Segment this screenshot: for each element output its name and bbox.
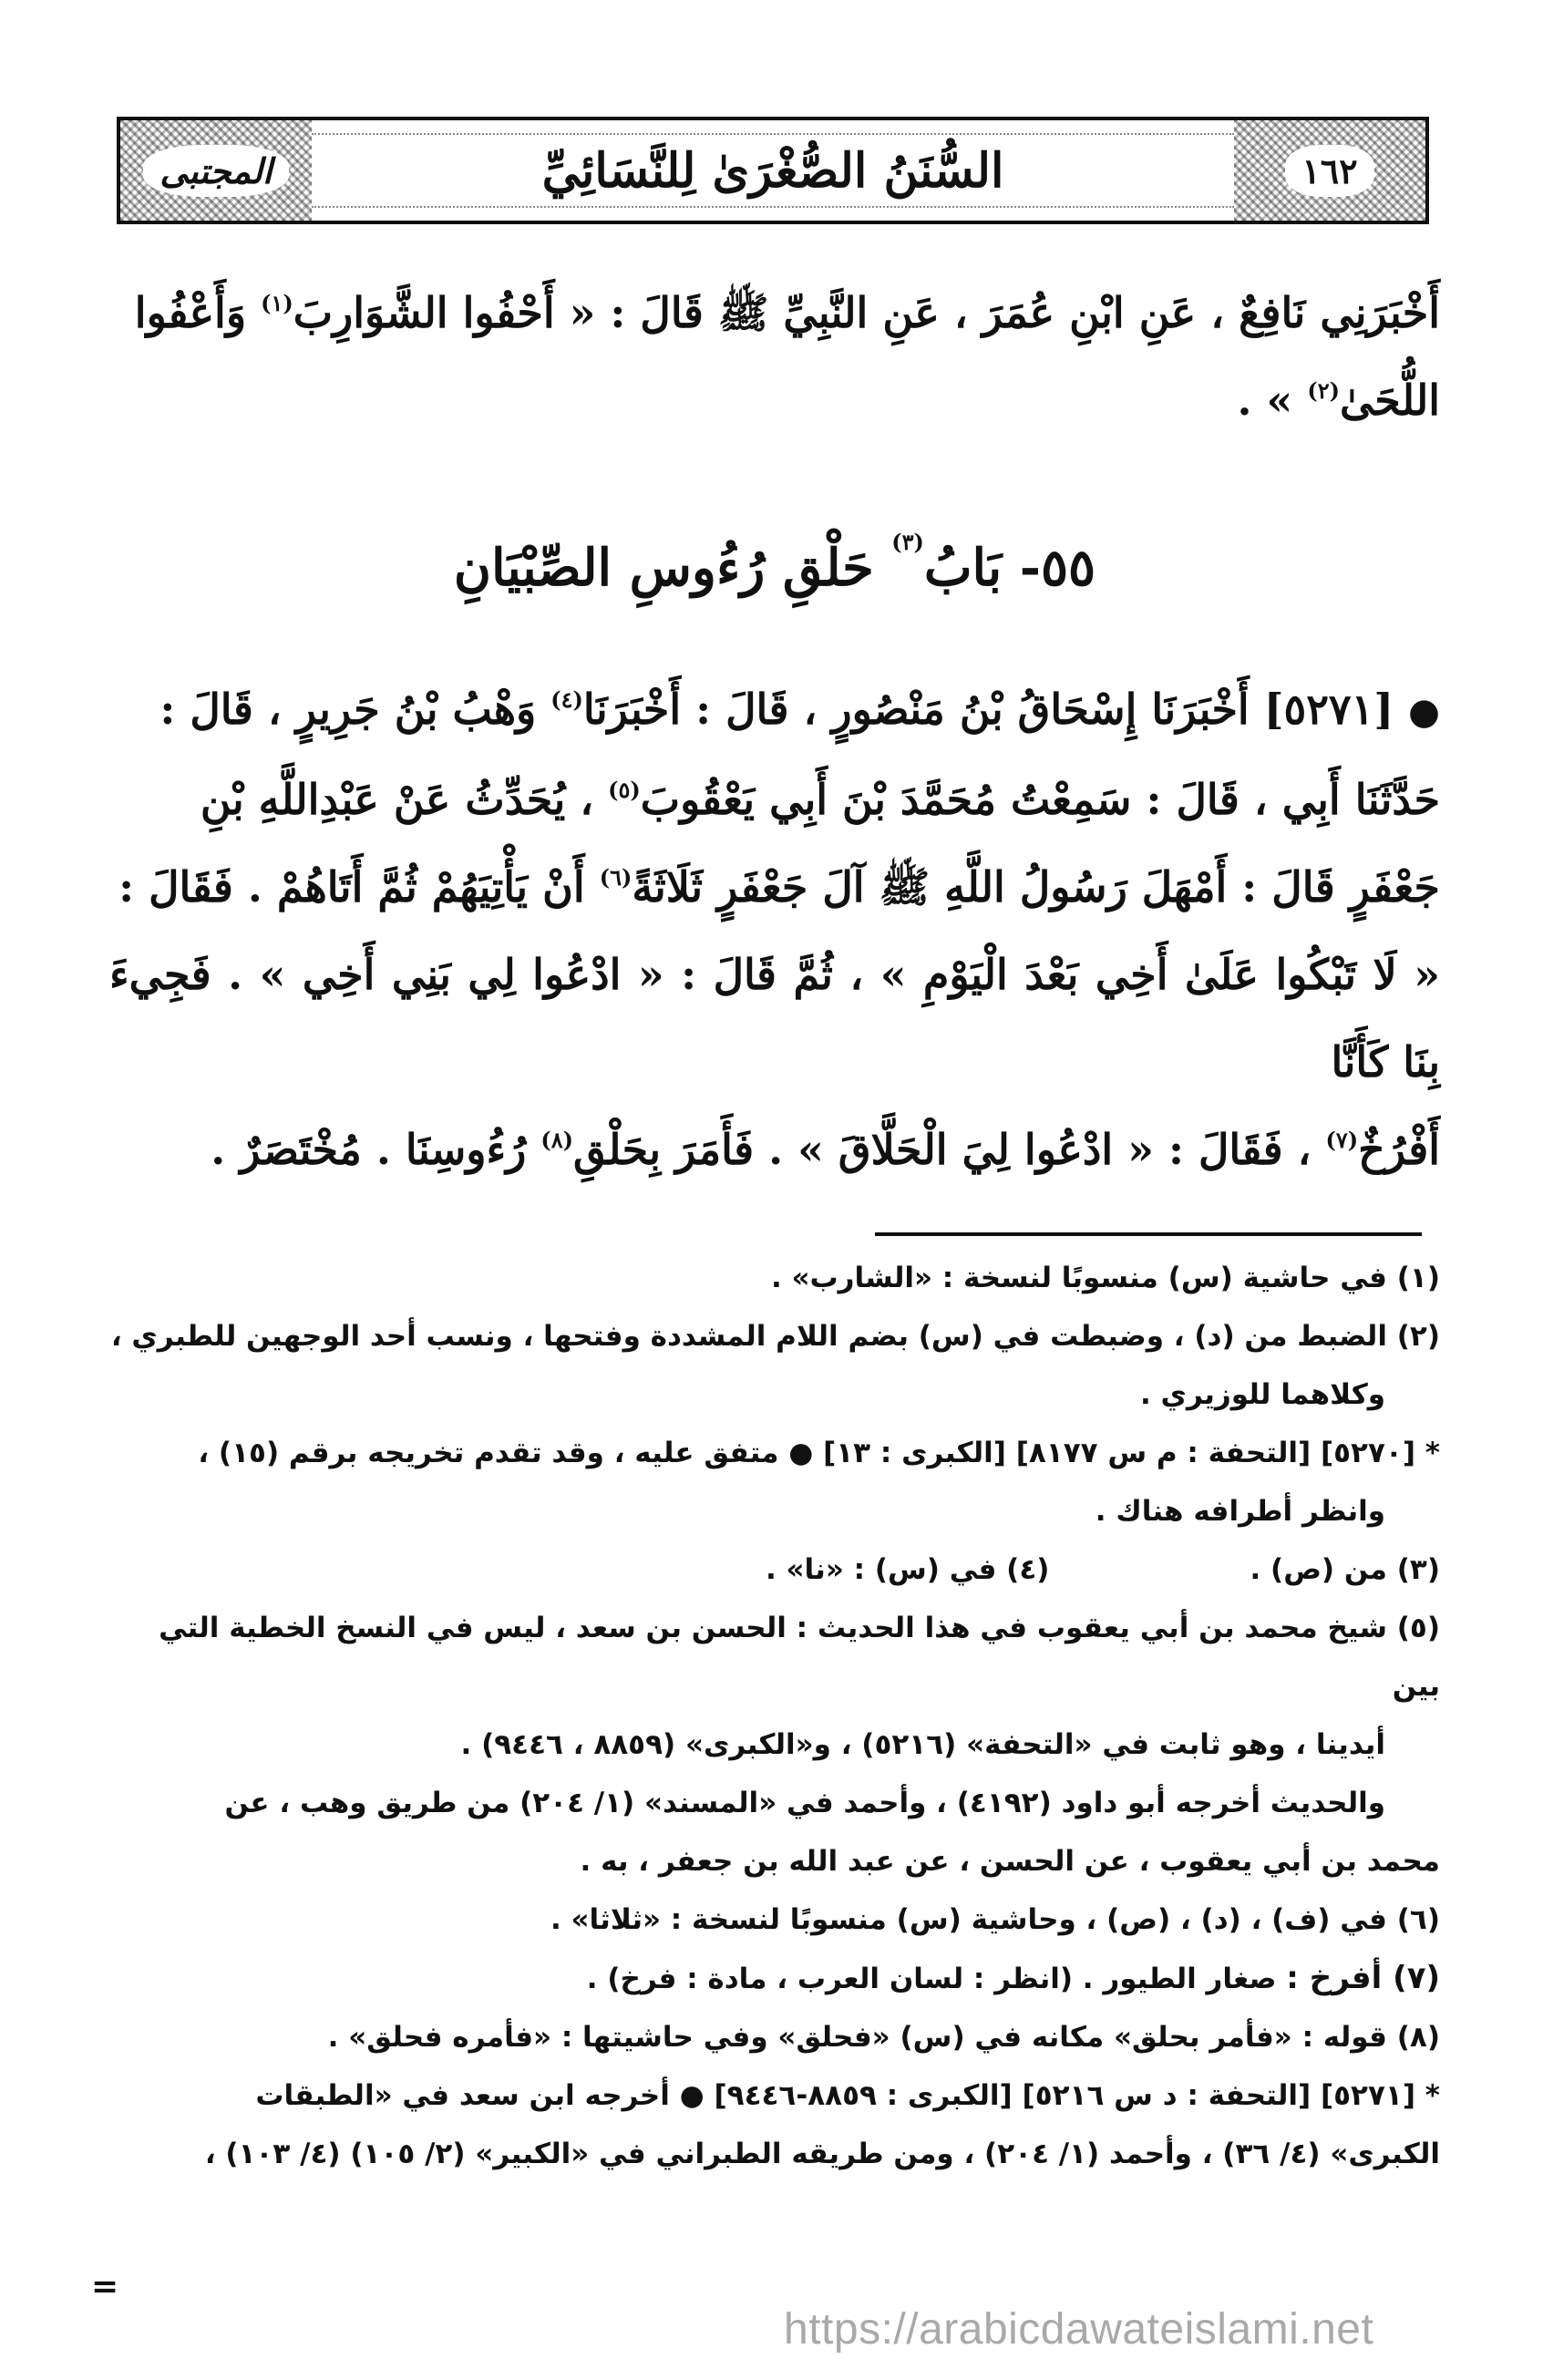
footnote-ref[interactable]: (٤) [550, 686, 583, 713]
intro-line-1: أَخْبَرَنِي نَافِعٌ ، عَنِ ابْنِ عُمَرَ … [109, 269, 1440, 356]
hadith-line: حَدَّثَنَا أَبِي ، قَالَ : سَمِعْتُ مُحَ… [109, 756, 1440, 843]
chapter-title: حَلْقِ رُءُوسِ الصِّبْيَانِ [454, 538, 874, 598]
chapter-heading: ٥٥- بَابُ(٣) حَلْقِ رُءُوسِ الصِّبْيَانِ [109, 538, 1440, 598]
chapter-word: بَابُ [924, 538, 1002, 598]
hadith-line: جَعْفَرٍ قَالَ : أَمْهَلَ رَسُولُ اللَّه… [109, 843, 1440, 931]
watermark-url: https://arabicdawateislami.net [784, 2304, 1373, 2354]
hadith-number: [٥٢٧١] [1264, 685, 1394, 734]
takhrij-5271-cont: الكبرى» (٤/ ٣٦) ، وأحمد (١/ ٢٠٤) ، ومن ط… [109, 2125, 1440, 2183]
continuation-mark: = [91, 2268, 118, 2305]
takhrij-5270: * [٥٢٧٠] [التحفة : م س ٨١٧٧] [الكبرى : ١… [109, 1424, 1440, 1482]
footnote-ref[interactable]: (٦) [600, 864, 633, 891]
footnote-2: (٢) الضبط من (د) ، وضبطت في (س) بضم اللا… [109, 1307, 1440, 1365]
footnote-4: (٤) في (س) : «نا» . [766, 1540, 1050, 1599]
footnote-ref[interactable]: (٧) [1326, 1127, 1359, 1153]
footnote-5: (٥) شيخ محمد بن أبي يعقوب في هذا الحديث … [109, 1599, 1440, 1715]
book-page: المجتبى السُّنَنُ الصُّغْرَىٰ لِلنَّسَائ… [0, 0, 1543, 2380]
footnote-separator [875, 1232, 1422, 1236]
footnote-5-cont: أيدينا ، وهو ثابت في «التحفة» (٥٢١٦) ، و… [109, 1715, 1440, 1774]
footnote-ref[interactable]: (٣) [891, 529, 924, 555]
footnote-7: (٧) أفرخ : صغار الطيور . (انظر : لسان ال… [109, 1949, 1440, 2008]
footnote-2-cont: وكلاهما للوزيري . [109, 1365, 1440, 1424]
footnote-ref[interactable]: (٨) [540, 1127, 573, 1153]
footnote-ref[interactable]: (٥) [608, 777, 641, 803]
intro-text: أَخْبَرَنِي نَافِعٌ ، عَنِ ابْنِ عُمَرَ … [109, 269, 1440, 444]
footnote-5-cont: محمد بن أبي يعقوب ، عن الحسن ، عن عبد ال… [109, 1832, 1440, 1891]
intro-line-2: اللُّحَىٰ(٢) » . [109, 356, 1440, 444]
footnotes-3-4: (٣) من (ص) . (٤) في (س) : «نا» . [109, 1540, 1440, 1599]
footnote-3: (٣) من (ص) . [1250, 1540, 1440, 1599]
book-label: المجتبى [143, 145, 288, 197]
hadith-line: ● [٥٢٧١] أَخْبَرَنَا إِسْحَاقُ بْنُ مَنْ… [109, 665, 1440, 756]
footnote-6: (٦) في (ف) ، (د) ، (ص) ، وحاشية (س) منسو… [109, 1891, 1440, 1949]
hadith-line: « لَا تَبْكُوا عَلَىٰ أَخِي بَعْدَ الْيَ… [109, 931, 1440, 1106]
footnote-ref[interactable]: (١) [261, 290, 293, 316]
footnote-1: (١) في حاشية (س) منسوبًا لنسخة : «الشارب… [109, 1249, 1440, 1307]
takhrij-5271: * [٥٢٧١] [التحفة : د س ٥٢١٦] [الكبرى : ٨… [109, 2066, 1440, 2125]
takhrij-5270-cont: وانظر أطرافه هناك . [109, 1482, 1440, 1540]
hadith-5271: ● [٥٢٧١] أَخْبَرَنَا إِسْحَاقُ بْنُ مَنْ… [109, 665, 1440, 1193]
page-number-ornament: ١٦٢ [1234, 120, 1425, 221]
footnotes: (١) في حاشية (س) منسوبًا لنسخة : «الشارب… [109, 1249, 1440, 2183]
book-label-ornament: المجتبى [120, 120, 312, 221]
page-header: المجتبى السُّنَنُ الصُّغْرَىٰ لِلنَّسَائ… [117, 117, 1429, 224]
footnote-5-cont: والحديث أخرجه أبو داود (٤١٩٢) ، وأحمد في… [109, 1774, 1440, 1832]
page-number: ١٦٢ [1285, 145, 1373, 197]
running-title: السُّنَنُ الصُّغْرَىٰ لِلنَّسَائِيِّ [542, 143, 1004, 199]
bullet-icon: ● [1408, 690, 1440, 733]
chapter-number: ٥٥- [1020, 538, 1096, 598]
header-title-box: السُّنَنُ الصُّغْرَىٰ لِلنَّسَائِيِّ [312, 133, 1234, 208]
footnote-ref[interactable]: (٢) [1307, 377, 1340, 404]
footnote-8: (٨) قوله : «فأمر بحلق» مكانه في (س) «فحل… [109, 2008, 1440, 2066]
hadith-line: أَفْرُخٌ(٧) ، فَقَالَ : « ادْعُوا لِيَ ا… [109, 1106, 1440, 1193]
